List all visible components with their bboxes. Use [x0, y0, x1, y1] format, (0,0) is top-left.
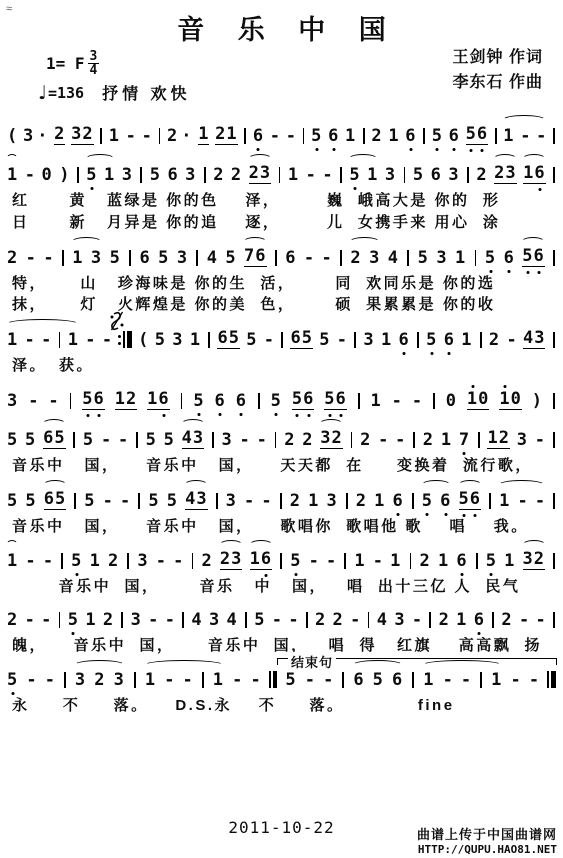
note-digit: 1 [72, 250, 83, 267]
note-digit: 5 [324, 391, 335, 408]
note-digit: 3 [385, 167, 396, 184]
note: 5 [485, 250, 496, 267]
note: 2 [202, 553, 213, 570]
note-digit: 1 [354, 553, 365, 570]
note-digit: 1 [226, 126, 237, 143]
note-digit: 1 [423, 672, 434, 689]
barline [275, 432, 277, 448]
barline [245, 612, 247, 628]
slur-arc [42, 419, 66, 429]
note: 5 [7, 432, 18, 449]
music-line-group: 55655--55433--21321656561--音乐中 国， 音乐中 国，… [0, 477, 563, 535]
note-digit: 1 [487, 430, 498, 447]
note-digit: 6 [444, 332, 455, 349]
duration-dash: - [337, 332, 347, 349]
duration-dash: - [412, 393, 422, 410]
barline [73, 432, 75, 448]
barline [100, 128, 102, 144]
note: 2 [103, 612, 114, 629]
music-line: 55655--55433--22322--217123- [0, 416, 563, 455]
barline [480, 672, 482, 688]
note: 2 [94, 672, 105, 689]
note-digit: 2 [167, 128, 178, 145]
note: 6 [236, 393, 247, 410]
note: 3 [122, 167, 133, 184]
note: 10 [499, 391, 522, 410]
barline [59, 332, 61, 348]
note-digit: 1 [499, 493, 510, 510]
note-digit: 4 [182, 430, 193, 447]
slur-arc [184, 480, 208, 490]
octave-dot-below [490, 573, 493, 576]
barline [412, 672, 414, 688]
note-digit: 5 [319, 332, 330, 349]
note-digit: 5 [167, 493, 178, 510]
barline [216, 493, 218, 509]
note: 5 [225, 250, 236, 267]
barline [553, 432, 555, 448]
barline [553, 250, 555, 266]
watermark-url: HTTP://QUPU.HAO81.NET [417, 843, 557, 856]
note-digit: 1 [90, 553, 101, 570]
note: 1 [308, 493, 319, 510]
duration-dash: - [183, 672, 193, 689]
duration-dash: - [304, 250, 314, 267]
octave-dot-below [403, 352, 406, 355]
note-digit: 6 [477, 126, 488, 143]
duration-dash: - [536, 128, 546, 145]
barline [358, 393, 360, 409]
duration-dash: - [272, 612, 282, 629]
note-digit: 5 [110, 250, 121, 267]
barline [181, 393, 183, 409]
note-digit: 1 [190, 332, 201, 349]
note: 5 [290, 553, 301, 570]
note: 56 [292, 391, 315, 410]
note-digit: 6 [328, 128, 339, 145]
duration-dash: - [25, 553, 35, 570]
lyric-line: 获。 [47, 357, 94, 374]
barline [467, 167, 469, 183]
credits: 王剑钟 作词 李东石 作曲 [453, 46, 543, 96]
note-digit: 2 [249, 165, 260, 182]
note-digit: 5 [193, 393, 204, 410]
duration-dash: - [164, 672, 174, 689]
note-digit: 6 [534, 165, 545, 182]
note: 1 [104, 167, 115, 184]
note-digit: 4 [388, 250, 399, 267]
octave-dot-below [72, 632, 75, 635]
note: 5 [25, 493, 36, 510]
note-digit: 4 [523, 330, 534, 347]
note: 3 [177, 250, 188, 267]
tempo-value: =136 [48, 84, 84, 102]
slur-arc [43, 480, 67, 490]
note-digit: 2 [284, 432, 295, 449]
note-digit: 5 [148, 493, 159, 510]
note: 65 [44, 491, 67, 510]
duration-dash: - [25, 167, 35, 184]
note-digit: 5 [290, 553, 301, 570]
duration-dash: - [322, 167, 332, 184]
note-digit: 4 [207, 250, 218, 267]
note-digit: 3 [91, 250, 102, 267]
barline [404, 167, 406, 183]
note: 43 [185, 491, 208, 510]
slur-arc [6, 540, 18, 550]
note: 3 [222, 432, 233, 449]
music-line: 1--5123--223165--1-12165132 [0, 537, 563, 576]
duration-dash: - [520, 128, 530, 145]
note: 1 [7, 167, 18, 184]
note-digit: 6 [392, 493, 403, 510]
note: 5 [426, 332, 437, 349]
duration-dash: - [103, 493, 113, 510]
barline [77, 167, 79, 183]
music-line-group: 2--13565345766--2345315656特， 山 珍海味是 你的生 … [0, 234, 563, 314]
note-digit: 5 [68, 612, 79, 629]
note-digit: 5 [486, 553, 497, 570]
note-digit: 6 [255, 248, 266, 265]
note: 10 [467, 391, 490, 410]
music-line: 3--561216566556561--01010) [0, 377, 563, 416]
barline [410, 553, 412, 569]
duration-dash: - [126, 128, 136, 145]
note: 5 [148, 493, 159, 510]
duration-dash: - [395, 432, 405, 449]
note-digit: 3 [320, 430, 331, 447]
note-digit: 6 [474, 612, 485, 629]
note-digit: 3 [517, 432, 528, 449]
note-digit: 6 [504, 250, 515, 267]
note: 5 [84, 493, 95, 510]
note: 5 [7, 672, 18, 689]
octave-dot-below [478, 632, 481, 635]
slur-arc [521, 237, 545, 247]
note-digit: 3 [394, 612, 405, 629]
note: 5 [349, 167, 360, 184]
note: 1 [456, 612, 467, 629]
lyric-line: 永 不 落。 D.S.永 不 落。 fine [0, 697, 455, 714]
note: 1 [7, 553, 18, 570]
barline [476, 553, 478, 569]
note-digit: 6 [392, 672, 403, 689]
note-digit: 5 [7, 432, 18, 449]
duration-dash: - [326, 553, 336, 570]
note-digit: 5 [7, 672, 18, 689]
notation-text: ) [59, 167, 69, 184]
note: 6 [392, 493, 403, 510]
music-line: (3·2321--2·1216--56121656561-- [0, 112, 563, 151]
barline [64, 672, 66, 688]
note-digit: 6 [158, 391, 169, 408]
note-digit: 3 [448, 167, 459, 184]
note-digit: 3 [23, 128, 34, 145]
note: 6 [215, 393, 226, 410]
barline [280, 493, 282, 509]
barline [192, 553, 194, 569]
duration-dash: - [264, 332, 274, 349]
duration-dash: - [26, 672, 36, 689]
note-digit: 3 [177, 250, 188, 267]
barline [429, 612, 431, 628]
barline [280, 553, 282, 569]
note: 2 [213, 167, 224, 184]
note-digit: 2 [423, 432, 434, 449]
note-digit: 1 [198, 126, 209, 143]
note-digit: 1 [85, 612, 96, 629]
note: 1 [367, 167, 378, 184]
barline [275, 250, 277, 266]
note-digit: 2 [439, 612, 450, 629]
note: 32 [320, 430, 343, 449]
duration-dash: - [519, 612, 529, 629]
note: 1 [499, 493, 510, 510]
note: 32 [71, 126, 94, 145]
slur-arc [6, 319, 79, 329]
duration-dash: - [506, 332, 516, 349]
duration-dash: - [41, 612, 51, 629]
octave-dot-above [471, 385, 474, 388]
note-digit: 2 [356, 493, 367, 510]
note-digit: 1 [504, 553, 515, 570]
music-line-group: 1--5123--223165--1-12165132 音乐中 国， 音乐 中 … [0, 537, 563, 595]
note: 5 [7, 493, 18, 510]
note: 1 [288, 167, 299, 184]
duration-dash: - [25, 332, 35, 349]
note: 5 [155, 332, 166, 349]
note: 1 [388, 128, 399, 145]
note: 6 [399, 332, 410, 349]
note-digit: 1 [503, 128, 514, 145]
barline [553, 393, 555, 409]
segno-icon [109, 311, 125, 331]
note-digit: 1 [345, 128, 356, 145]
note: 6 [405, 128, 416, 145]
note-digit: 2 [315, 612, 326, 629]
lyric-line: 红 黄 蓝绿是 你的色 泽， 巍 峨高大是 你的 形 [0, 192, 500, 209]
note: 5 [486, 553, 497, 570]
note-digit: 3 [523, 551, 534, 568]
note: 3 [91, 250, 102, 267]
barline [74, 493, 76, 509]
composer-credit: 李东石 作曲 [453, 71, 543, 96]
note-digit: 5 [485, 250, 496, 267]
note: 2 [290, 493, 301, 510]
duration-dash: - [536, 612, 546, 629]
note-digit: 5 [25, 432, 36, 449]
note: 1 [345, 128, 356, 145]
time-signature-numerator: 3 [88, 50, 100, 63]
barline [62, 250, 64, 266]
note-digit: 5 [158, 250, 169, 267]
note: 5 [146, 432, 157, 449]
duration-dash: - [306, 167, 316, 184]
music-block: (3·2321--2·1216--56121656561--1-0)513563… [0, 112, 563, 717]
octave-dot-below [294, 573, 297, 576]
duration-dash: - [156, 553, 166, 570]
barline [208, 332, 210, 348]
note: 12 [487, 430, 510, 449]
note-digit: 3 [193, 430, 204, 447]
note-digit: 1 [145, 672, 156, 689]
note: 5 [254, 612, 265, 629]
note-digit: 1 [467, 391, 478, 408]
note-digit: 2 [215, 126, 226, 143]
duration-dash: - [118, 432, 128, 449]
note-digit: 2 [7, 250, 18, 267]
barline [433, 393, 435, 409]
note: 23 [494, 165, 517, 184]
barline [303, 128, 305, 144]
note-digit: 1 [7, 167, 18, 184]
note-digit: 7 [459, 432, 470, 449]
duration-dash: - [378, 432, 388, 449]
note: 43 [523, 330, 546, 349]
barline [59, 612, 61, 628]
note-digit: 6 [285, 250, 296, 267]
note-digit: 3 [137, 553, 148, 570]
note-digit: 0 [446, 393, 457, 410]
music-line-group: 2--5123--4345--22-43-2162--魄， 音乐中 国， 音乐中… [0, 598, 563, 654]
note-digit: 2 [350, 250, 361, 267]
note: 3 [114, 672, 125, 689]
note-digit: 3 [196, 491, 207, 508]
note: 0 [446, 393, 457, 410]
slur-arc [522, 154, 546, 164]
note: 2 [371, 128, 382, 145]
note-digit: 1 [109, 128, 120, 145]
music-line: 5--3231--1--5--6561--1--结束句 [0, 657, 563, 695]
duration-dash: - [101, 432, 111, 449]
note-digit: 1 [390, 553, 401, 570]
note-digit: 1 [455, 250, 466, 267]
note-digit: 2 [82, 126, 93, 143]
barline [412, 493, 414, 509]
barline [340, 250, 342, 266]
duration-dash: - [392, 393, 402, 410]
note-digit: 0 [41, 167, 52, 184]
note-digit: 6 [139, 250, 150, 267]
note: 1 [72, 250, 83, 267]
lyric-line: 日 新 月异是 你的追 逐， 儿 女携手来 用心 涂 [0, 214, 500, 231]
barline [134, 672, 136, 688]
note-digit: 1 [7, 553, 18, 570]
note-digit: 3 [75, 672, 86, 689]
note: 5 [432, 128, 443, 145]
note: 2 [350, 250, 361, 267]
note-digit: 2 [231, 167, 242, 184]
duration-dash: - [43, 553, 53, 570]
note: 5 [83, 432, 94, 449]
note: 6 [431, 167, 442, 184]
note-digit: 2 [501, 612, 512, 629]
time-signature: 3 4 [88, 50, 100, 77]
repeat-barline [118, 331, 132, 348]
note: 6 [139, 250, 150, 267]
note-digit: 6 [533, 248, 544, 265]
note-digit: 3 [436, 250, 447, 267]
note-digit: 1 [213, 672, 224, 689]
note: 2 [7, 612, 18, 629]
note: 4 [207, 250, 218, 267]
octave-dot-below [426, 513, 429, 516]
duration-dash: - [26, 250, 36, 267]
barline [489, 493, 491, 509]
barline [129, 250, 131, 266]
note: 1 [109, 128, 120, 145]
note: 1 [190, 332, 201, 349]
note: 5 [25, 432, 36, 449]
footer: 2011-10-22 曲谱上传于中国曲谱网 HTTP://QUPU.HAO81.… [0, 810, 563, 858]
barline [368, 612, 370, 628]
note-digit: 5 [418, 250, 429, 267]
note: 6 [353, 672, 364, 689]
barline [306, 612, 308, 628]
barline [495, 128, 497, 144]
barline [136, 432, 138, 448]
note: 3 [385, 167, 396, 184]
note-digit: 5 [522, 248, 533, 265]
music-line: 2--5123--4345--22-43-2162-- [0, 598, 563, 635]
note-digit: 1 [499, 391, 510, 408]
note: 3 [172, 332, 183, 349]
watermark: 曲谱上传于中国曲谱网 HTTP://QUPU.HAO81.NET [417, 824, 557, 856]
note: 76 [244, 248, 267, 267]
slur-arc [181, 419, 205, 429]
note: 65 [43, 430, 66, 449]
note-digit: 6 [236, 393, 247, 410]
duration-dash: - [85, 332, 95, 349]
barline [423, 128, 425, 144]
barline [182, 612, 184, 628]
note-digit: 2 [54, 126, 65, 143]
note: 1 [374, 493, 385, 510]
notation-text: ( [7, 128, 17, 145]
note: 0 [41, 167, 52, 184]
barline [138, 493, 140, 509]
note: 1 [503, 128, 514, 145]
octave-dot-below [526, 271, 529, 274]
note: 5 [193, 393, 204, 410]
note: 7 [459, 432, 470, 449]
note-digit: 4 [185, 491, 196, 508]
note-digit: 3 [534, 330, 545, 347]
duration-dash: - [120, 493, 130, 510]
note-digit: 6 [217, 330, 228, 347]
slur-arc [348, 154, 378, 164]
note: 3· [23, 128, 49, 145]
music-line-group: 55655--55433--22322--217123-音乐中 国， 音乐中 国… [0, 416, 563, 474]
slur-arc [144, 660, 224, 670]
note-digit: 6 [336, 391, 347, 408]
note: 6 [392, 672, 403, 689]
barline [140, 167, 142, 183]
note: 4 [388, 250, 399, 267]
lyric-line: 抹， 灯 火辉煌是 你的美 色， 硕 果累累是 你的收 [0, 296, 495, 313]
duration-dash: - [305, 672, 315, 689]
note: 5 [167, 493, 178, 510]
note: 1 [455, 250, 466, 267]
duration-dash: - [288, 612, 298, 629]
note: 1 [90, 553, 101, 570]
note-digit: 2 [213, 167, 224, 184]
note: 1 [504, 553, 515, 570]
page-title: 音 乐 中 国 [0, 8, 563, 47]
note-digit: 5 [459, 491, 470, 508]
barline [553, 167, 555, 183]
barline [344, 553, 346, 569]
